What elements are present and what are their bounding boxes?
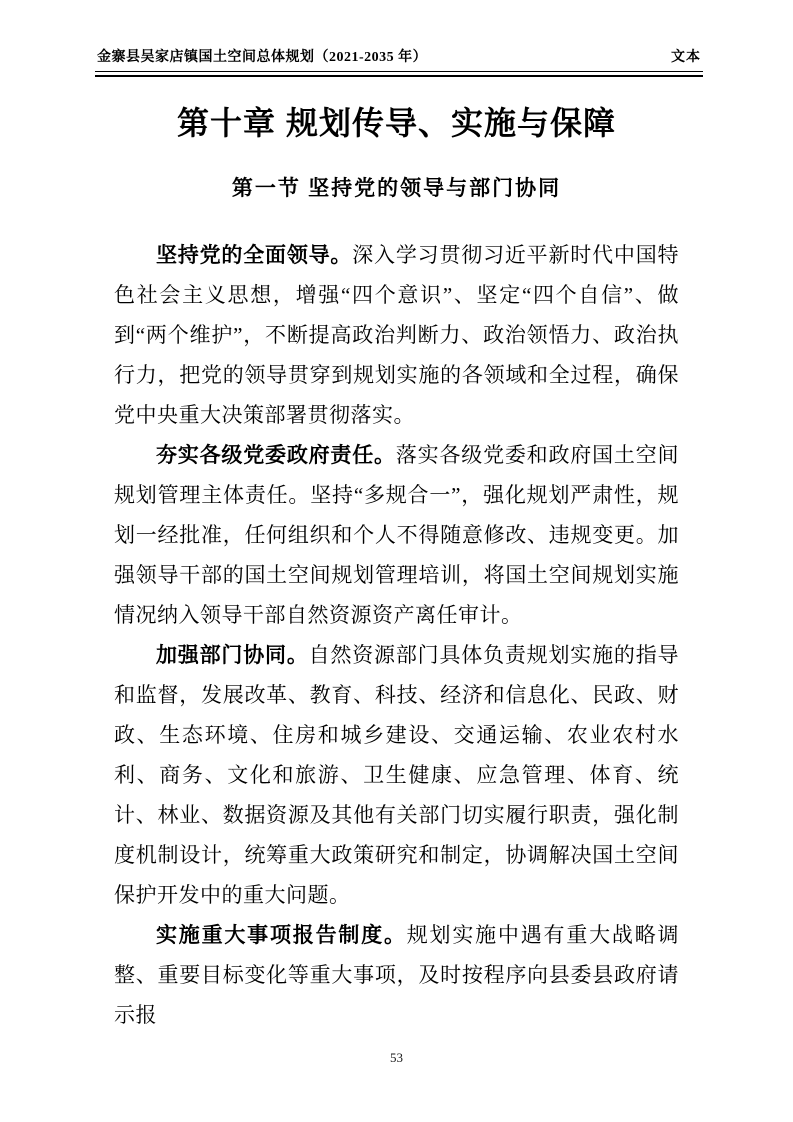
paragraph-4: 实施重大事项报告制度。规划实施中遇有重大战略调整、重要目标变化等重大事项，及时按… <box>114 915 679 1035</box>
paragraph-1-lead: 坚持党的全面领导。 <box>156 243 352 267</box>
page-footer: 53 <box>0 1050 793 1066</box>
section-title: 第一节 坚持党的领导与部门协同 <box>60 175 733 201</box>
paragraph-2-text: 落实各级党委和政府国土空间规划管理主体责任。坚持“多规合一”，强化规划严肃性，规… <box>114 443 679 627</box>
page-number: 53 <box>390 1050 403 1065</box>
paragraph-4-lead: 实施重大事项报告制度。 <box>156 923 407 947</box>
chapter-title: 第十章 规划传导、实施与保障 <box>60 103 733 143</box>
header-doc-title: 金寨县吴家店镇国土空间总体规划（2021-2035 年） <box>97 49 427 67</box>
header-rule <box>95 71 703 77</box>
page-header: 金寨县吴家店镇国土空间总体规划（2021-2035 年） 文本 <box>97 0 701 67</box>
paragraph-1-text: 深入学习贯彻习近平新时代中国特色社会主义思想，增强“四个意识”、坚定“四个自信”… <box>114 243 679 427</box>
document-body: 坚持党的全面领导。深入学习贯彻习近平新时代中国特色社会主义思想，增强“四个意识”… <box>114 235 679 1035</box>
document-page: 金寨县吴家店镇国土空间总体规划（2021-2035 年） 文本 第十章 规划传导… <box>0 0 793 1122</box>
paragraph-3-text: 自然资源部门具体负责规划实施的指导和监督，发展改革、教育、科技、经济和信息化、民… <box>114 643 679 907</box>
paragraph-3: 加强部门协同。自然资源部门具体负责规划实施的指导和监督，发展改革、教育、科技、经… <box>114 635 679 915</box>
paragraph-1: 坚持党的全面领导。深入学习贯彻习近平新时代中国特色社会主义思想，增强“四个意识”… <box>114 235 679 435</box>
paragraph-2: 夯实各级党委政府责任。落实各级党委和政府国土空间规划管理主体责任。坚持“多规合一… <box>114 435 679 635</box>
paragraph-2-lead: 夯实各级党委政府责任。 <box>156 443 396 467</box>
header-doc-type: 文本 <box>671 49 701 67</box>
paragraph-3-lead: 加强部门协同。 <box>156 643 309 667</box>
